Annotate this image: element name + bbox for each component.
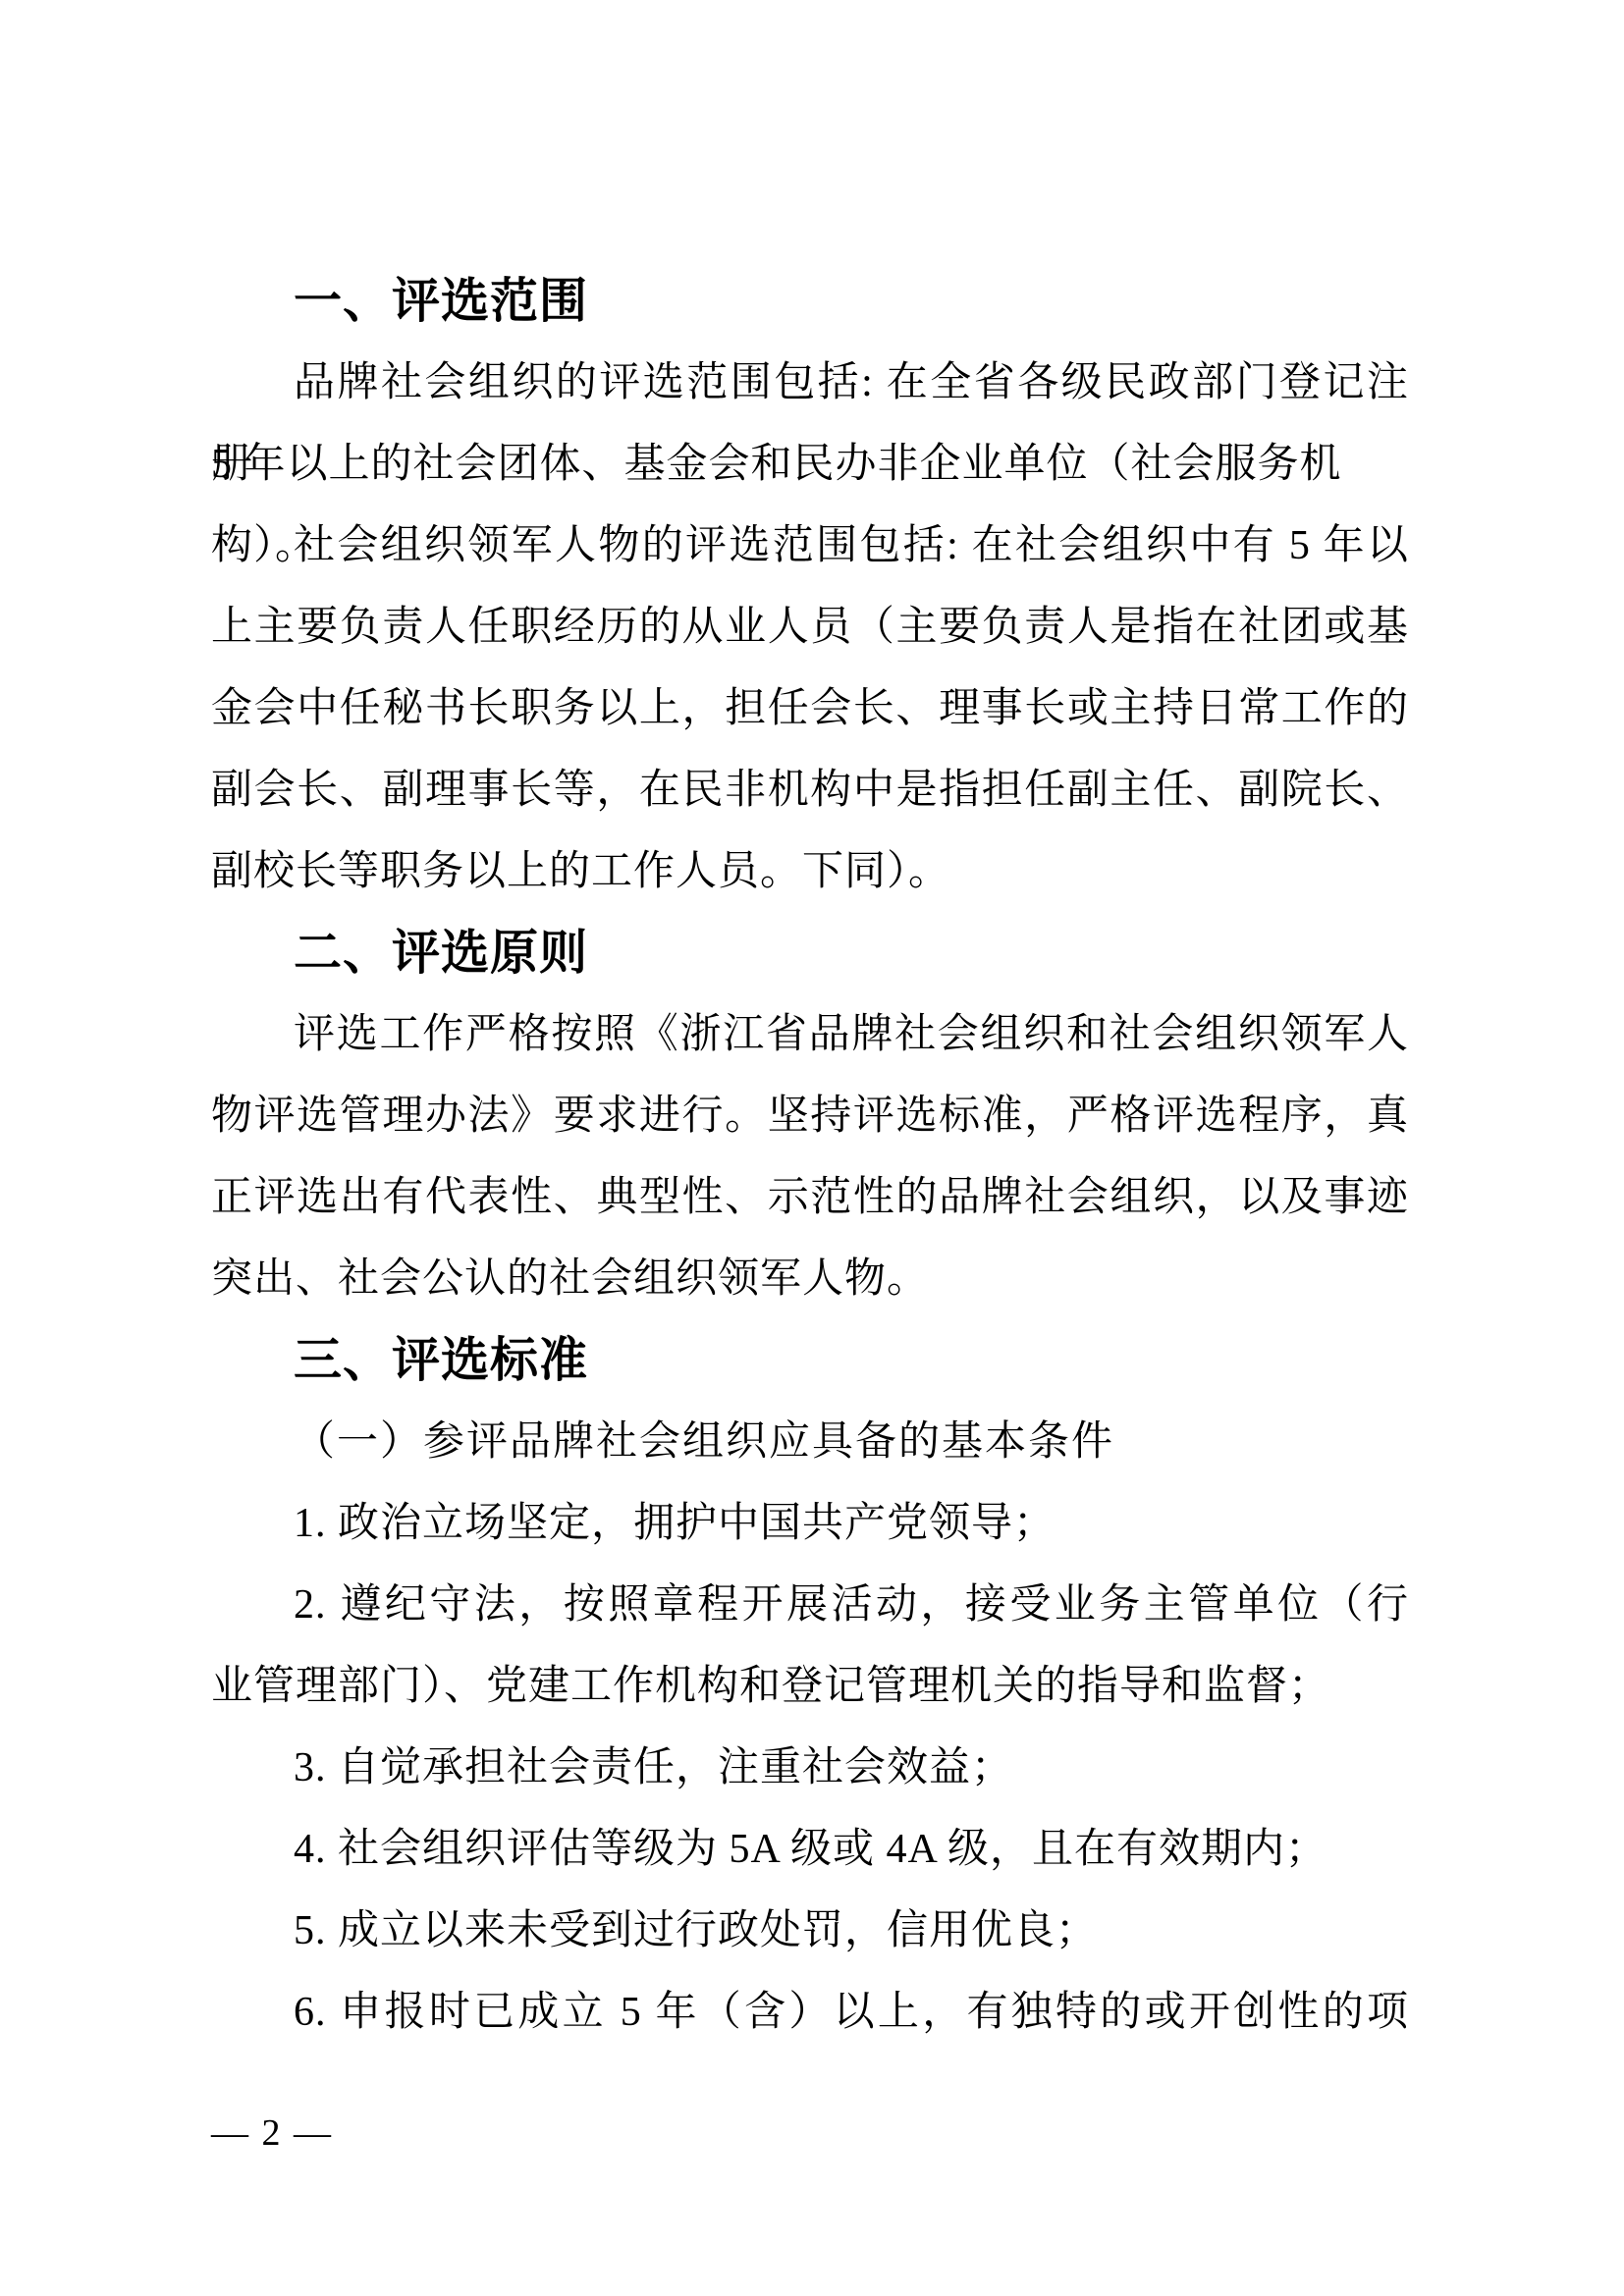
subsection-heading: （一）参评品牌社会组织应具备的基本条件 [211, 1402, 1409, 1483]
list-item: 1. 政治立场坚定，拥护中国共产党领导； [211, 1483, 1409, 1565]
list-item: 3. 自觉承担社会责任，注重社会效益； [211, 1728, 1409, 1809]
section-2-heading: 二、评选原则 [211, 913, 1409, 994]
section-1-heading: 一、评选范围 [211, 261, 1409, 343]
text-line: 业管理部门）、党建工作机构和登记管理机关的指导和监督； [211, 1646, 1409, 1728]
list-item: 2. 遵纪守法，按照章程开展活动，接受业务主管单位（行 [211, 1565, 1409, 1646]
document-content: 一、评选范围 品牌社会组织的评选范围包括: 在全省各级民政部门登记注册 5 年以… [211, 261, 1409, 2054]
list-item: 4. 社会组织评估等级为 5A 级或 4A 级，且在有效期内； [211, 1809, 1409, 1891]
text-line: 金会中任秘书长职务以上，担任会长、理事长或主持日常工作的 [211, 668, 1409, 750]
text-line: 副会长、副理事长等，在民非机构中是指担任副主任、副院长、 [211, 750, 1409, 831]
text-line: 副校长等职务以上的工作人员。下同）。 [211, 831, 1409, 913]
text-line: 突出、社会公认的社会组织领军人物。 [211, 1239, 1409, 1320]
section-3-heading: 三、评选标准 [211, 1320, 1409, 1402]
text-line: 社会组织领军人物的评选范围包括: 在社会组织中有 5 年以 [211, 506, 1409, 587]
list-item: 5. 成立以来未受到过行政处罚，信用优良； [211, 1891, 1409, 1972]
text-line: 上主要负责人任职经历的从业人员（主要负责人是指在社团或基 [211, 587, 1409, 668]
page-number: — 2 — [211, 2109, 333, 2158]
text-line: 评选工作严格按照《浙江省品牌社会组织和社会组织领军人 [211, 994, 1409, 1076]
text-line: 5 年以上的社会团体、基金会和民办非企业单位（社会服务机构）。 [211, 424, 1409, 506]
text-line: 物评选管理办法》要求进行。坚持评选标准，严格评选程序，真 [211, 1076, 1409, 1157]
text-line: 正评选出有代表性、典型性、示范性的品牌社会组织，以及事迹 [211, 1157, 1409, 1239]
document-page: 一、评选范围 品牌社会组织的评选范围包括: 在全省各级民政部门登记注册 5 年以… [0, 0, 1624, 2296]
list-item: 6. 申报时已成立 5 年（含）以上，有独特的或开创性的项 [211, 1972, 1409, 2054]
text-line: 品牌社会组织的评选范围包括: 在全省各级民政部门登记注册 [211, 343, 1409, 424]
